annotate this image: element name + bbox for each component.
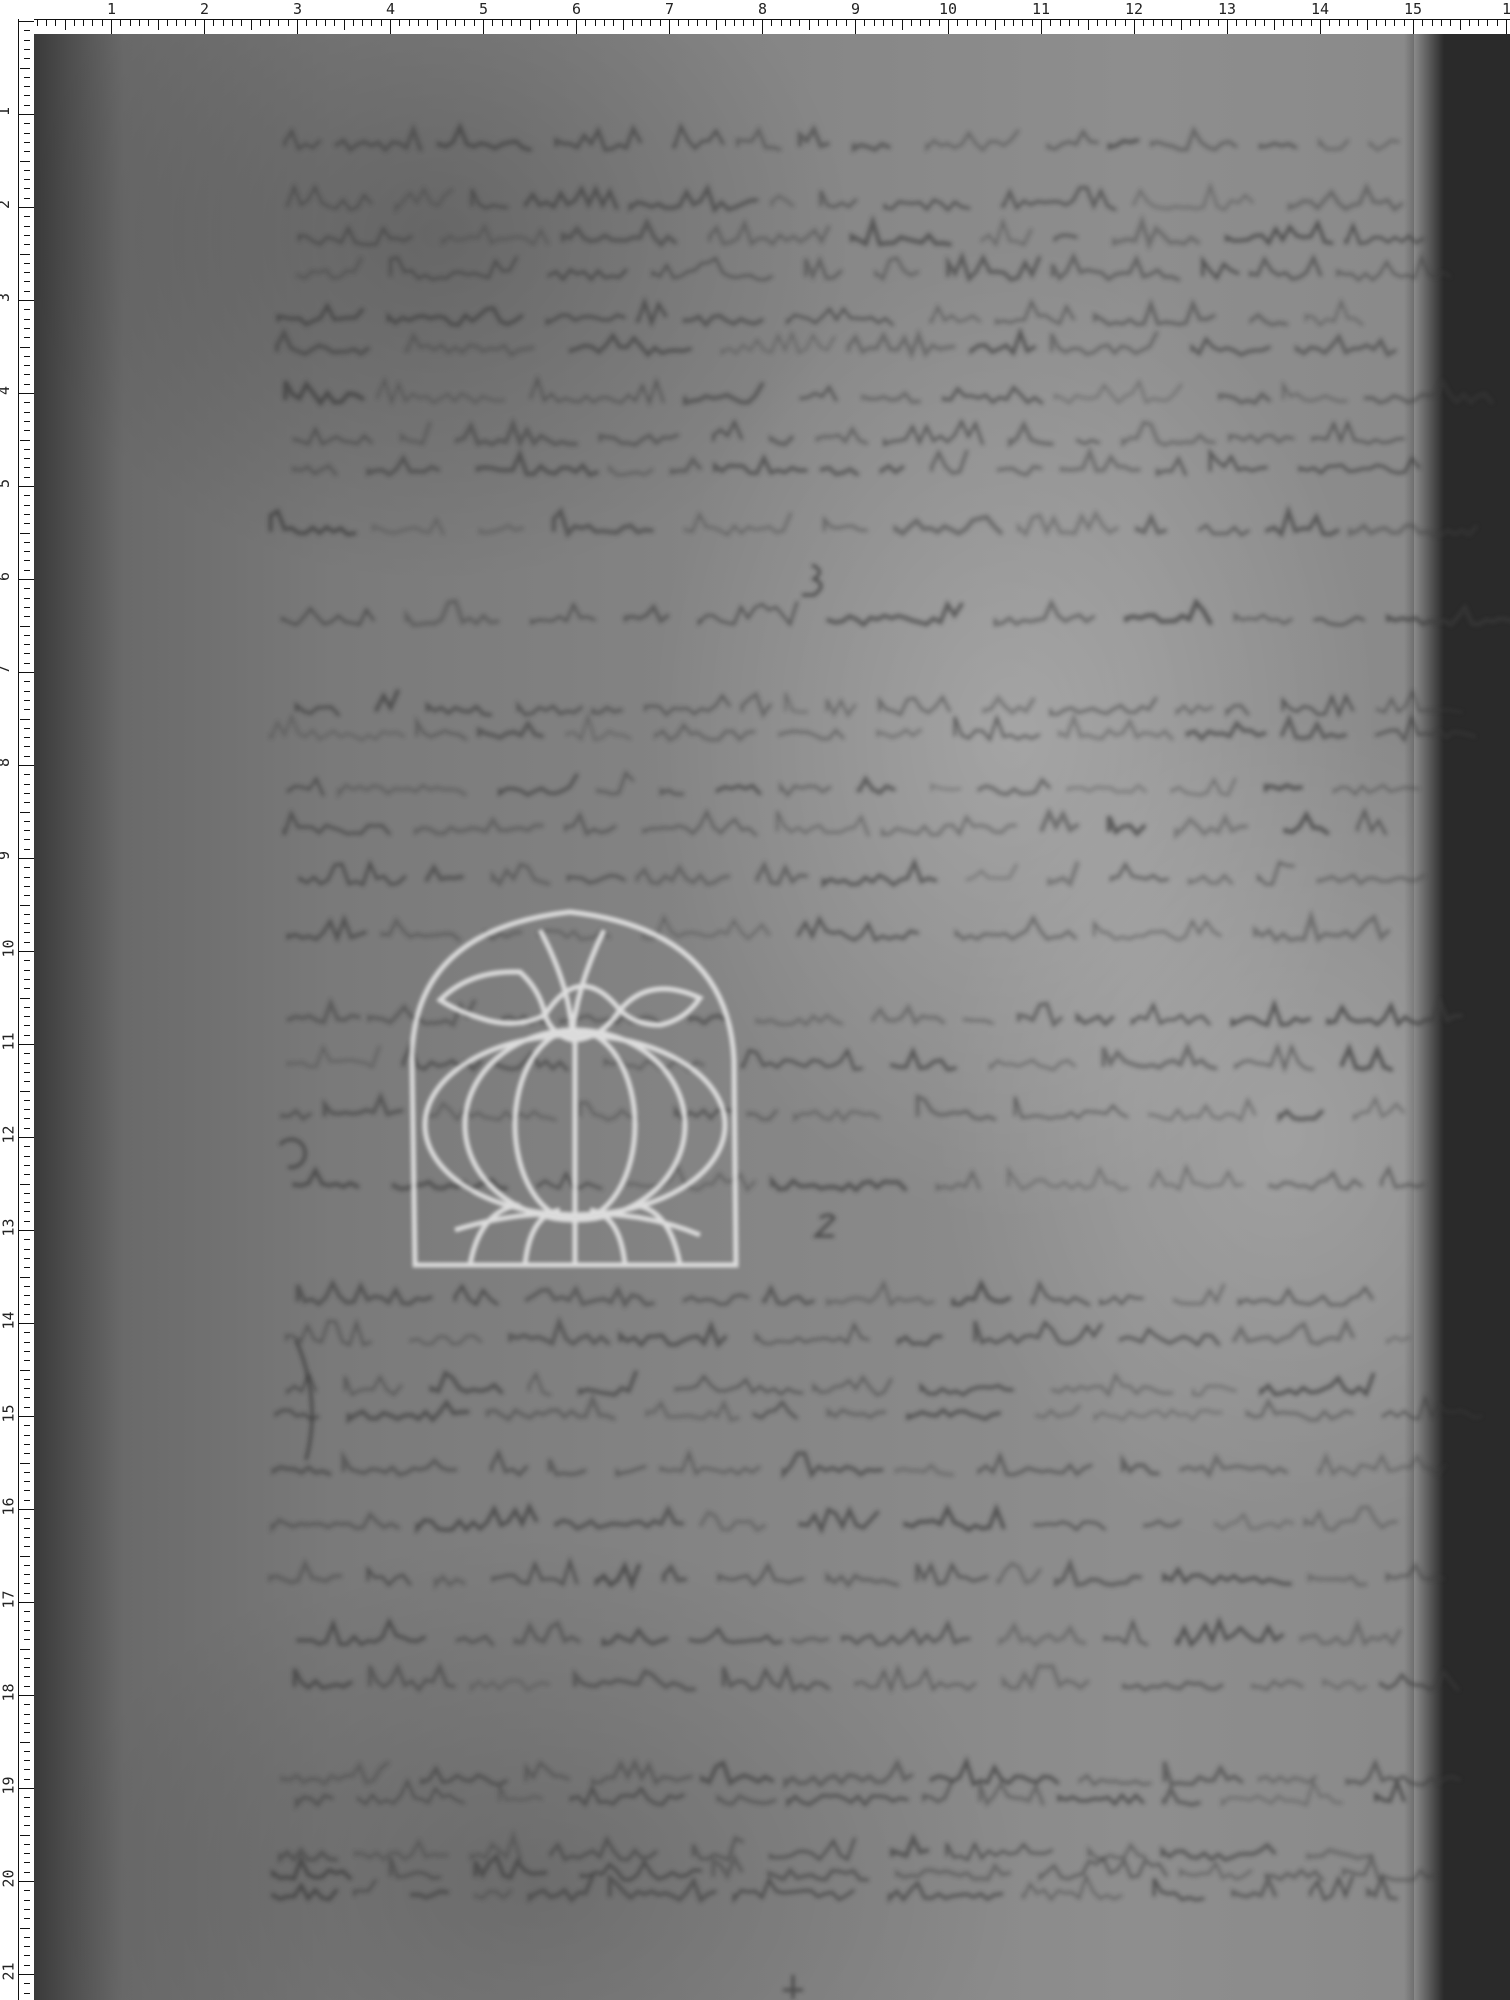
handwritten-word [873, 1007, 943, 1022]
ruler-tick [1004, 20, 1005, 26]
ruler-tick [948, 20, 949, 34]
ruler-tick [18, 1509, 34, 1510]
handwritten-word [1004, 1666, 1088, 1688]
handwritten-word [772, 1181, 905, 1190]
ruler-tick [24, 1574, 30, 1575]
ruler-top-label: 6 [572, 2, 581, 17]
ruler-tick [20, 1463, 30, 1464]
ruler-tick [20, 1928, 30, 1929]
handwritten-word [1010, 424, 1052, 444]
ruler-tick [24, 1258, 30, 1259]
handwritten-word [806, 259, 841, 278]
ruler-top-label: 13 [1218, 2, 1236, 17]
handwritten-word [997, 302, 1074, 324]
ruler-tick [24, 374, 30, 375]
handwritten-word [1015, 1097, 1127, 1119]
handwritten-word [738, 130, 780, 149]
handwritten-word [1239, 1288, 1372, 1305]
handwritten-word [932, 452, 967, 474]
ruler-tick [24, 1630, 30, 1631]
ruler-tick [24, 95, 30, 96]
ruler-tick [613, 20, 614, 26]
handwritten-word [406, 336, 532, 355]
handwritten-word [620, 1326, 725, 1345]
ruler-tick [24, 867, 30, 868]
handwritten-word [631, 188, 757, 209]
ruler-tick [24, 737, 30, 738]
handwritten-word [896, 517, 1001, 534]
ruler-tick [24, 458, 30, 459]
ruler-tick [316, 20, 317, 26]
handwritten-word [510, 1322, 608, 1344]
handwritten-word [368, 1569, 410, 1585]
ruler-tick [650, 20, 651, 26]
handwritten-word [967, 865, 1016, 880]
ruler-tick [24, 1983, 30, 1984]
ruler-tick [1292, 20, 1293, 26]
handwritten-word [526, 1763, 568, 1780]
ruler-tick [892, 20, 893, 26]
ruler-tick [24, 1388, 30, 1389]
handwritten-word [1177, 706, 1212, 714]
handwritten-word [1060, 717, 1172, 738]
handwritten-word [905, 1509, 1003, 1530]
ruler-tick [24, 402, 30, 403]
ruler-tick [24, 30, 30, 31]
ruler-tick [20, 161, 30, 162]
ruler-tick [297, 20, 298, 34]
ruler-tick [288, 20, 289, 26]
handwritten-word [458, 1636, 493, 1644]
ruler-tick [20, 440, 30, 441]
handwritten-word [516, 1623, 579, 1642]
ruler-tick [24, 430, 30, 431]
handwritten-word [1210, 453, 1266, 471]
handwritten-word [272, 1514, 398, 1528]
handwritten-word [1089, 1845, 1145, 1860]
handwritten-word [476, 1891, 511, 1898]
handwritten-word [1376, 1782, 1404, 1801]
handwritten-word [1162, 1845, 1274, 1860]
handwritten-word [604, 1630, 667, 1644]
ruler-left-label: 8 [0, 758, 12, 767]
ruler-tick [1181, 20, 1182, 30]
handwritten-word [427, 705, 490, 715]
ruler-left-label: 10 [2, 939, 17, 957]
ruler-left-label: 20 [2, 1869, 17, 1887]
ruler-tick [595, 20, 596, 26]
ruler-tick [24, 412, 30, 413]
ruler-tick [24, 1025, 30, 1026]
ruler-tick [24, 1807, 30, 1808]
handwritten-word [1137, 517, 1165, 533]
ruler-tick [24, 1072, 30, 1073]
handwritten-word [382, 921, 459, 941]
handwritten-word [1181, 1863, 1251, 1879]
ruler-tick [623, 20, 624, 30]
handwritten-word [1320, 141, 1348, 149]
ruler-tick [409, 20, 410, 26]
ruler-tick [557, 20, 558, 26]
ruler-tick [24, 560, 30, 561]
ruler-tick [24, 226, 30, 227]
ruler-top-label: 1 [107, 2, 116, 17]
handwritten-word [685, 384, 762, 403]
handwritten-word [299, 228, 411, 245]
ruler-tick [24, 384, 30, 385]
ruler-tick [24, 1156, 30, 1157]
handwritten-word [554, 511, 652, 534]
handwritten-word [828, 1410, 884, 1417]
handwritten-word [289, 1003, 359, 1022]
handwritten-word [1111, 864, 1167, 880]
handwritten-word [1152, 130, 1236, 150]
handwritten-word [748, 1111, 776, 1119]
ruler-top-label: 3 [293, 2, 302, 17]
ruler-tick [1432, 20, 1433, 26]
handwritten-word [1192, 339, 1269, 355]
ruler-tick [20, 1091, 30, 1092]
handwritten-word [1124, 1682, 1222, 1690]
ruler-tick [24, 1239, 30, 1240]
handwritten-word [343, 1457, 455, 1474]
ruler-tick [24, 1165, 30, 1166]
ruler-tick [492, 20, 493, 26]
ruler-tick [325, 20, 326, 26]
ruler-tick [24, 1016, 30, 1017]
ruler-left-label: 4 [0, 386, 12, 395]
ruler-tick [24, 133, 30, 134]
handwritten-word [1334, 785, 1418, 794]
handwritten-word [948, 257, 1039, 280]
handwritten-word [1154, 1879, 1203, 1900]
handwritten-word [402, 423, 430, 443]
ruler-tick [20, 1835, 30, 1836]
ruler-tick [24, 421, 30, 422]
ruler-tick [24, 1844, 30, 1845]
handwritten-word [786, 693, 807, 712]
ruler-tick [24, 170, 30, 171]
ruler-top-label: 11 [1032, 2, 1050, 17]
ruler-tick [24, 1518, 30, 1519]
ruler-tick [1041, 20, 1042, 34]
handwritten-word [1253, 1681, 1302, 1689]
ruler-tick [24, 1174, 30, 1175]
handwritten-word [1247, 1401, 1352, 1420]
ruler-tick [20, 812, 30, 813]
handwritten-word [429, 1104, 555, 1120]
ruler-tick [1088, 20, 1089, 30]
handwritten-word [1270, 1173, 1361, 1189]
ruler-tick [24, 1286, 30, 1287]
watermark [412, 912, 736, 1265]
ruler-tick [65, 20, 66, 30]
handwritten-word [984, 698, 1033, 713]
handwritten-word [355, 1881, 376, 1895]
ruler-tick [1320, 20, 1321, 34]
handwritten-word [1062, 452, 1139, 471]
handwritten-word [878, 730, 920, 737]
handwritten-word [356, 1842, 447, 1860]
handwritten-word [273, 1860, 350, 1879]
handwritten-word [391, 257, 517, 279]
handwritten-word [518, 706, 581, 715]
ruler-tick [213, 20, 214, 26]
ruler-tick [24, 1583, 30, 1584]
handwritten-word [956, 918, 1075, 939]
ruler-tick [24, 505, 30, 506]
vertical-ruler: 123456789101112131415161718192021 [0, 0, 34, 2000]
handwritten-word [1023, 1876, 1121, 1899]
ruler-tick [24, 477, 30, 478]
ruler-tick [24, 86, 30, 87]
handwritten-word [854, 144, 889, 150]
handwritten-word [1123, 1460, 1158, 1473]
handwritten-word [781, 786, 830, 795]
ruler-tick [24, 1109, 30, 1110]
handwritten-word [849, 335, 954, 354]
ruler-tick [734, 20, 735, 26]
ruler-left-label: 7 [0, 665, 12, 674]
handwritten-word [1319, 1456, 1445, 1475]
ruler-tick [24, 365, 30, 366]
handwritten-word [439, 127, 530, 150]
ruler-tick [24, 467, 30, 468]
ruler-tick [269, 20, 270, 26]
handwritten-word [1151, 1167, 1242, 1189]
handwritten-word [297, 1795, 332, 1804]
ruler-tick [55, 20, 56, 26]
ruler-tick [24, 198, 30, 199]
handwritten-word [944, 388, 1042, 403]
handwritten-word [856, 1668, 975, 1689]
handwritten-word [955, 717, 1039, 740]
ruler-tick [1460, 20, 1461, 30]
handwritten-word [1133, 186, 1252, 210]
ruler-tick [306, 20, 307, 26]
ruler-tick [660, 20, 661, 26]
ruler-tick [24, 1621, 30, 1622]
handwritten-word [885, 200, 969, 210]
ruler-tick [18, 1230, 34, 1231]
ruler-tick [24, 1955, 30, 1956]
ruler-tick [1469, 20, 1470, 26]
handwritten-word [638, 302, 666, 323]
handwritten-word [1104, 1047, 1216, 1068]
handwritten-word [1126, 602, 1210, 623]
handwritten-word [1040, 1858, 1166, 1879]
ruler-tick [827, 20, 828, 26]
handwritten-word [1095, 304, 1214, 325]
handwritten-word [931, 307, 980, 323]
ruler-tick [24, 1453, 30, 1454]
ruler-tick [24, 1128, 30, 1129]
ruler-tick [1134, 20, 1135, 34]
handwritten-word [1068, 786, 1145, 793]
handwritten-word [1230, 435, 1293, 442]
handwritten-word [876, 258, 918, 279]
handwritten-word [417, 722, 466, 739]
ruler-tick [24, 1425, 30, 1426]
handwritten-word [1338, 258, 1450, 280]
ruler-tick [241, 20, 242, 26]
handwritten-word [1181, 1457, 1286, 1474]
ruler-tick [24, 542, 30, 543]
ruler-tick [18, 300, 34, 301]
handwritten-word [817, 429, 866, 443]
handwritten-word [295, 1669, 351, 1688]
ruler-tick [520, 20, 521, 26]
ruler-tick [20, 1277, 30, 1278]
ruler-tick [24, 58, 30, 59]
handwritten-word [1305, 1507, 1396, 1530]
ruler-tick [1311, 20, 1312, 26]
ruler-tick [24, 1909, 30, 1910]
handwritten-word [953, 1284, 1009, 1305]
ruler-tick [1106, 20, 1107, 26]
handwritten-word [1078, 440, 1099, 444]
handwritten-word [975, 1321, 1101, 1344]
handwritten-word [1267, 511, 1337, 534]
ruler-tick [1348, 20, 1349, 26]
ruler-tick [24, 681, 30, 682]
ruler-tick [24, 188, 30, 189]
handwritten-word [714, 422, 742, 440]
ruler-tick [1274, 20, 1275, 30]
handwritten-word [1344, 1857, 1435, 1880]
ruler-tick [1162, 20, 1163, 26]
handwritten-word [422, 1769, 506, 1785]
ruler-tick [762, 20, 763, 34]
handwritten-word [349, 1403, 468, 1420]
ruler-tick [1208, 20, 1209, 26]
handwritten-word [271, 511, 355, 534]
handwritten-word [1145, 1521, 1180, 1526]
handwritten-word [532, 605, 595, 623]
ruler-tick [24, 495, 30, 496]
ruler-tick [24, 1342, 30, 1343]
handwritten-word [644, 812, 756, 835]
handwritten-word [937, 1173, 979, 1189]
ruler-tick [130, 20, 131, 26]
ruler-tick [20, 1649, 30, 1650]
ruler-tick [24, 1435, 30, 1436]
handwritten-word [656, 725, 754, 740]
ruler-tick [771, 20, 772, 26]
ruler-tick [502, 20, 503, 26]
ruler-tick [24, 309, 30, 310]
ruler-tick [260, 20, 261, 26]
ruler-tick [1264, 20, 1265, 26]
ruler-top-label: 10 [939, 2, 957, 17]
handwritten-word [801, 387, 836, 400]
handwritten-word [1259, 1777, 1315, 1783]
handwritten-word [336, 130, 420, 150]
handwritten-word [283, 1763, 388, 1784]
ruler-tick [1487, 20, 1488, 26]
ruler-tick [111, 20, 112, 34]
ruler-tick [1506, 20, 1507, 34]
handwritten-word [493, 1561, 577, 1584]
handwritten-word [1078, 1016, 1113, 1024]
ruler-tick [1078, 20, 1079, 26]
handwritten-word [800, 129, 828, 146]
ruler-tick [483, 20, 484, 34]
handwritten-word [427, 867, 462, 880]
ruler-tick [24, 1723, 30, 1724]
ruler-tick [24, 821, 30, 822]
ruler-left-label: 11 [2, 1032, 17, 1050]
handwritten-word [1383, 1398, 1481, 1419]
handwritten-word [676, 1376, 802, 1394]
handwritten-word [770, 1839, 854, 1860]
ruler-tick [24, 1249, 30, 1250]
ruler-tick [24, 1193, 30, 1194]
handwritten-word [1055, 382, 1181, 403]
ruler-tick [148, 20, 149, 26]
ruler-tick [18, 486, 34, 487]
handwritten-word [556, 1509, 682, 1528]
ruler-left-label: 9 [0, 851, 12, 860]
handwritten-word [278, 306, 362, 325]
handwritten-word [1350, 526, 1476, 536]
ruler-tick [688, 20, 689, 26]
handwritten-word [282, 1111, 310, 1119]
ruler-tick [24, 77, 30, 78]
handwritten-word [883, 817, 1016, 835]
mark-2 [816, 1215, 834, 1236]
ruler-tick [371, 20, 372, 26]
handwritten-word [880, 697, 950, 714]
ruler-left-label: 12 [2, 1125, 17, 1143]
ruler-tick [18, 579, 34, 580]
ruler-tick [24, 774, 30, 775]
handwritten-word [551, 1839, 656, 1860]
handwritten-word [294, 466, 336, 474]
ruler-tick [18, 858, 34, 859]
ruler-tick [204, 20, 205, 34]
ruler-top-label: 1 [1502, 2, 1510, 17]
handwritten-word [373, 519, 443, 534]
handwritten-word [285, 131, 320, 149]
handwritten-word [1378, 692, 1462, 713]
mark-2-left [280, 1139, 305, 1167]
handwritten-word [1056, 1564, 1140, 1585]
handwritten-word [674, 126, 723, 148]
ruler-tick [1125, 20, 1126, 26]
handwritten-word [1193, 1386, 1235, 1395]
ruler-tick [1497, 20, 1498, 26]
handwritten-word [769, 1870, 867, 1880]
ruler-tick [1283, 20, 1284, 26]
ruler-tick [24, 244, 30, 245]
ruler-tick [24, 142, 30, 143]
ruler-tick [725, 20, 726, 26]
handwritten-word [538, 1174, 601, 1189]
ruler-tick [641, 20, 642, 26]
handwritten-word [500, 775, 577, 795]
ruler-left-label: 13 [2, 1218, 17, 1236]
handwritten-word [457, 424, 576, 445]
ruler-tick [1385, 20, 1386, 26]
handwritten-word [771, 438, 792, 445]
handwritten-word [645, 696, 729, 715]
handwritten-word [1164, 1569, 1290, 1584]
ruler-tick [24, 281, 30, 282]
handwritten-word [1188, 723, 1265, 738]
ruler-tick [1013, 20, 1014, 26]
ruler-tick [24, 49, 30, 50]
